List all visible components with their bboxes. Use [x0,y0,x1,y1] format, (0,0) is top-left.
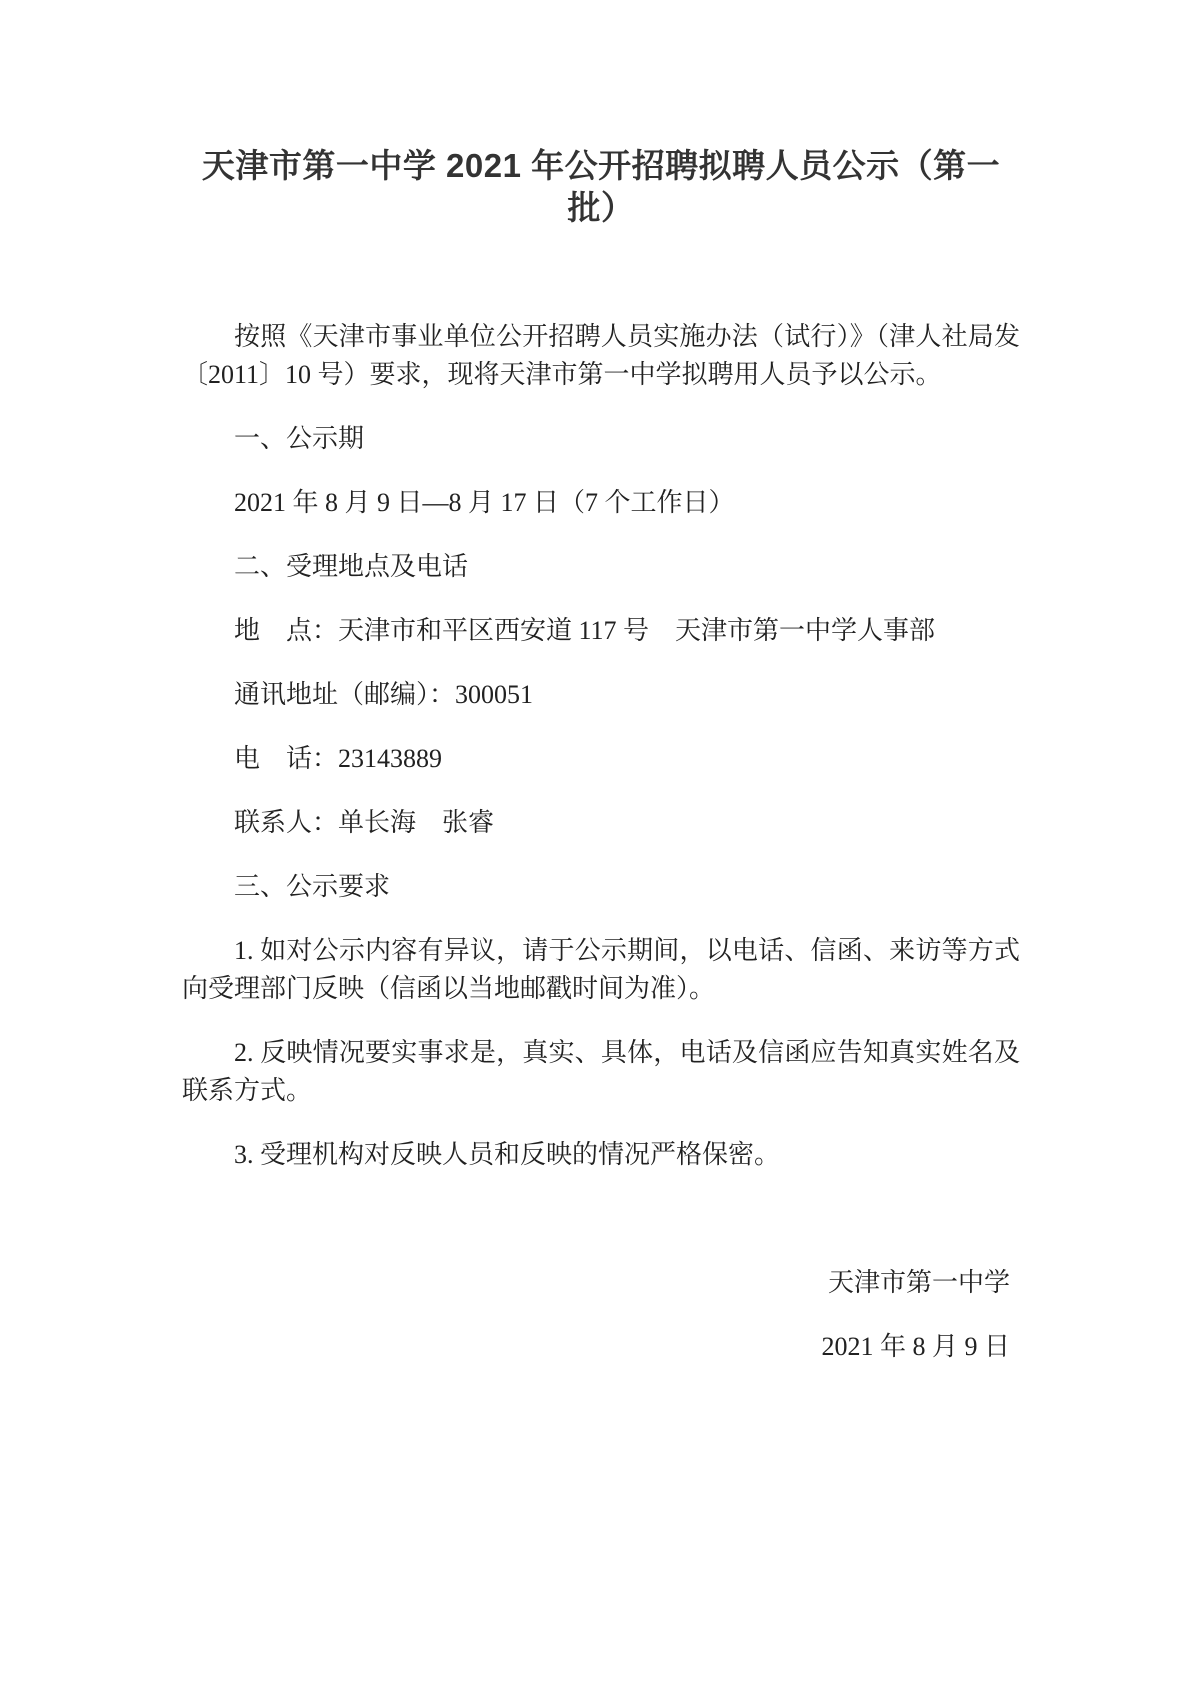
document-title: 天津市第一中学 2021 年公开招聘拟聘人员公示（第一批） [182,145,1020,229]
blank-line [182,1200,1020,1264]
section-1-publicity-period: 2021 年 8 月 9 日—8 月 17 日（7 个工作日） [182,484,1020,522]
section-3-item-3: 3. 受理机构对反映人员和反映的情况严格保密。 [182,1136,1020,1174]
signature-date: 2021 年 8 月 9 日 [182,1328,1020,1366]
announcement-document: 天津市第一中学 2021 年公开招聘拟聘人员公示（第一批） 按照《天津市事业单位… [0,0,1190,1685]
section-1-heading: 一、公示期 [182,420,1020,458]
section-2-postal-address-line: 通讯地址（邮编）：300051 [182,676,1020,714]
section-2-heading: 二、受理地点及电话 [182,548,1020,586]
section-3-item-2: 2. 反映情况要实事求是，真实、具体，电话及信函应告知真实姓名及联系方式。 [182,1034,1020,1110]
section-2-phone-line: 电 话：23143889 [182,740,1020,778]
section-2-contacts-line: 联系人：单长海 张睿 [182,804,1020,842]
signature-issuer: 天津市第一中学 [182,1264,1020,1302]
section-2-location-line: 地 点：天津市和平区西安道 117 号 天津市第一中学人事部 [182,612,1020,650]
section-3-heading: 三、公示要求 [182,868,1020,906]
intro-paragraph: 按照《天津市事业单位公开招聘人员实施办法（试行）》（津人社局发〔2011〕10 … [182,318,1020,394]
section-3-item-1: 1. 如对公示内容有异议，请于公示期间，以电话、信函、来访等方式向受理部门反映（… [182,932,1020,1008]
